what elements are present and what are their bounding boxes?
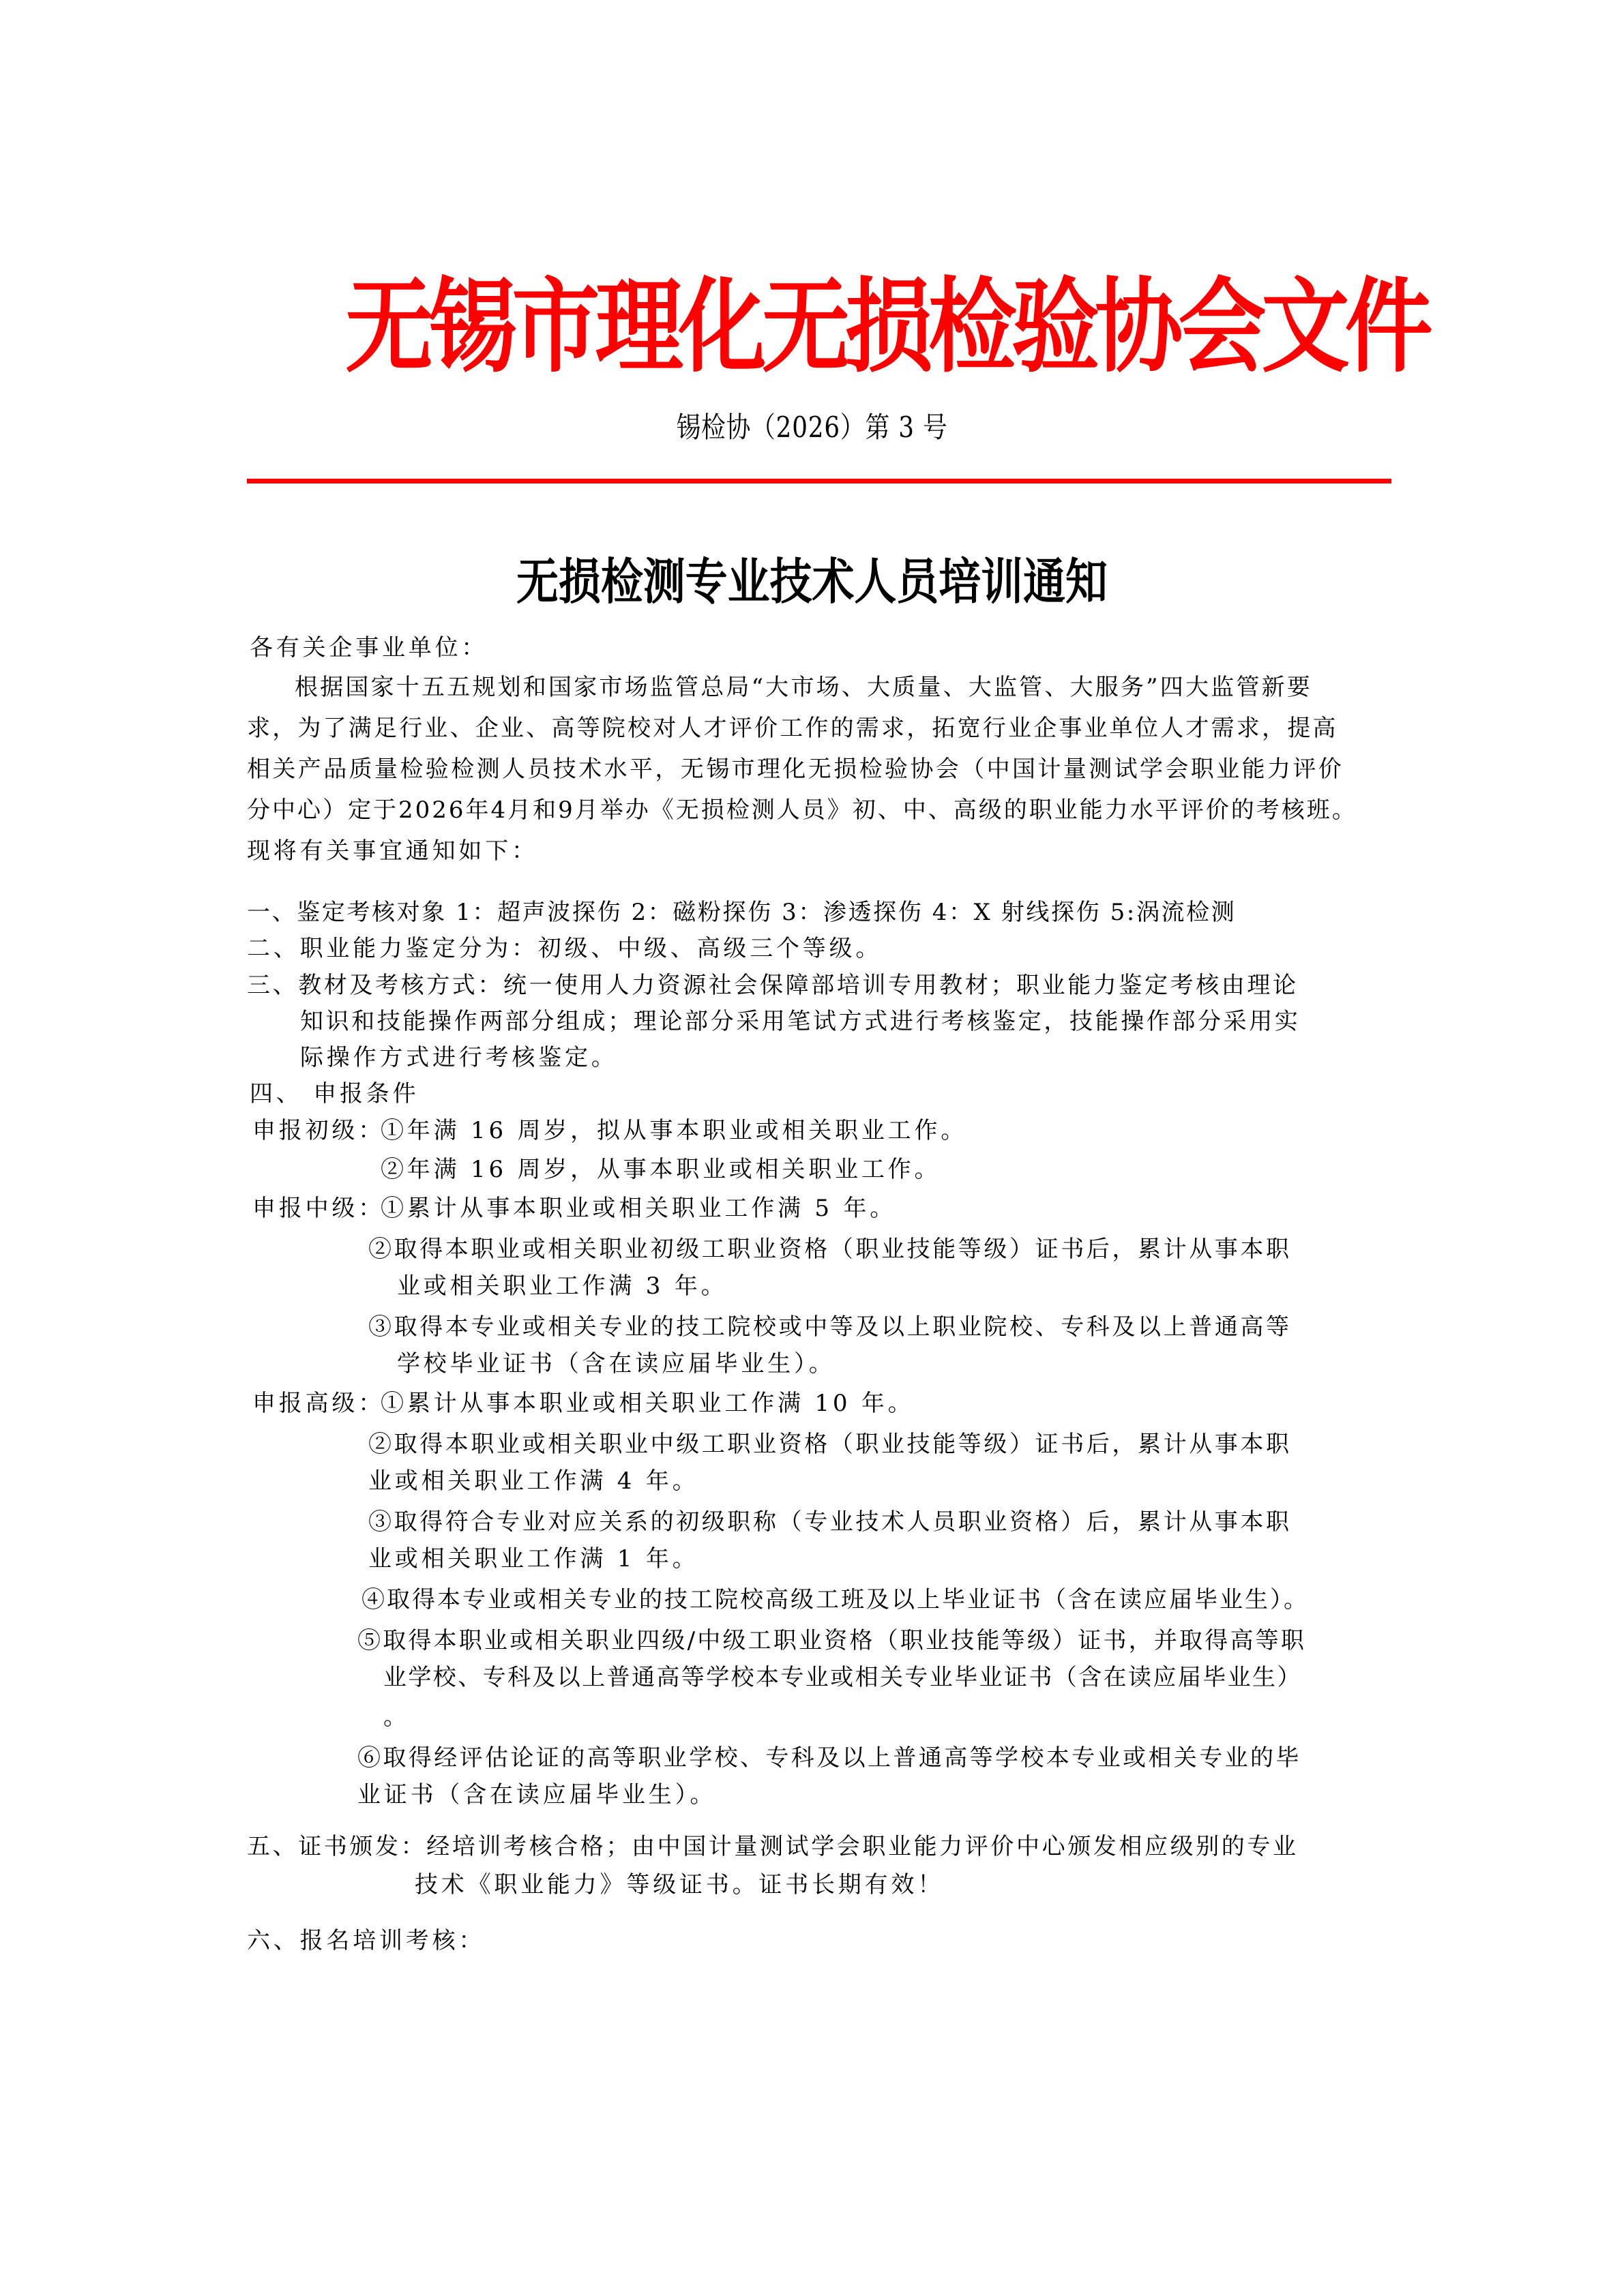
senior-item-3-line-1: ③取得符合专业对应关系的初级职称（专业技术人员职业资格）后，累计从事本职	[368, 1503, 1292, 1536]
senior-label: 申报高级：	[252, 1384, 385, 1418]
senior-item-2-line-1: ②取得本职业或相关职业中级工职业资格（职业技能等级）证书后，累计从事本职	[368, 1425, 1292, 1459]
senior-item-5-line-3: 。	[383, 1698, 410, 1731]
junior-item-2: ②年满 16 周岁，从事本职业或相关职业工作。	[381, 1150, 941, 1184]
intro-line-3: 相关产品质量检验检测人员技术水平，无锡市理化无损检验协会（中国计量测试学会职业能…	[247, 750, 1344, 784]
section-four-heading: 四、 申报条件	[250, 1075, 419, 1108]
senior-item-4: ④取得本专业或相关专业的技工院校高级工班及以上毕业证书（含在读应届毕业生）。	[361, 1581, 1309, 1614]
senior-item-5-line-1: ⑤取得本职业或相关职业四级/中级工职业资格（职业技能等级）证书，并取得高等职	[357, 1622, 1306, 1655]
intro-line-4: 分中心）定于2026年4月和9月举办《无损检测人员》初、中、高级的职业能力水平评…	[247, 791, 1357, 824]
section-five-line-1: 五、证书颁发：经培训考核合格；由中国计量测试学会职业能力评价中心颁发相应级别的专…	[247, 1828, 1299, 1861]
salutation: 各有关企事业单位：	[250, 629, 488, 662]
intermediate-label: 申报中级：	[252, 1189, 385, 1223]
senior-item-1: ①累计从事本职业或相关职业工作满 10 年。	[381, 1384, 914, 1418]
intro-line-2: 求，为了满足行业、企业、高等院校对人才评价工作的需求，拓宽行业企事业单位人才需求…	[247, 709, 1338, 743]
section-two: 二、职业能力鉴定分为：初级、中级、高级三个等级。	[247, 929, 882, 963]
junior-label: 申报初级：	[252, 1112, 385, 1145]
senior-item-5-line-2: 业学校、专科及以上普通高等学校本专业或相关专业毕业证书（含在读应届毕业生）	[383, 1658, 1302, 1692]
section-three-line-1: 三、教材及考核方式：统一使用人力资源社会保障部培训专用教材；职业能力鉴定考核由理…	[247, 966, 1299, 1000]
section-five-line-2: 技术《职业能力》等级证书。证书长期有效！	[415, 1866, 944, 1899]
intro-line-1: 根据国家十五五规划和国家市场监管总局“大市场、大质量、大监管、大服务”四大监管新…	[295, 668, 1312, 702]
intermediate-item-3-line-2: 学校毕业证书（含在读应届毕业生）。	[397, 1345, 836, 1378]
intermediate-item-2-line-2: 业或相关职业工作满 3 年。	[397, 1267, 727, 1300]
section-one: 一、鉴定考核对象 1：超声波探伤 2：磁粉探伤 3：渗透探伤 4：X 射线探伤 …	[247, 893, 1236, 927]
senior-item-6-line-2: 业证书（含在读应届毕业生）。	[357, 1776, 716, 1809]
intermediate-item-3-line-1: ③取得本专业或相关专业的技工院校或中等及以上职业院校、专科及以上普通高等	[368, 1308, 1292, 1341]
document-page: 无锡市理化无损检验协会文件 锡检协（2026）第 3 号 无损检测专业技术人员培…	[0, 0, 1624, 2296]
notice-title: 无损检测专业技术人员培训通知	[114, 551, 1511, 612]
section-three-line-2: 知识和技能操作两部分组成；理论部分采用笔试方式进行考核鉴定，技能操作部分采用实	[300, 1002, 1300, 1036]
document-number: 锡检协（2026）第 3 号	[122, 409, 1503, 446]
section-three-line-3: 际操作方式进行考核鉴定。	[300, 1039, 618, 1072]
intermediate-item-1: ①累计从事本职业或相关职业工作满 5 年。	[381, 1189, 896, 1223]
red-divider	[247, 479, 1391, 483]
senior-item-2-line-2: 业或相关职业工作满 4 年。	[368, 1462, 698, 1495]
senior-item-6-line-1: ⑥取得经评估论证的高等职业学校、专科及以上普通高等学校本专业或相关专业的毕	[357, 1739, 1301, 1772]
intro-line-5: 现将有关事宜通知如下：	[247, 832, 538, 865]
senior-item-3-line-2: 业或相关职业工作满 1 年。	[368, 1540, 698, 1573]
masthead-title: 无锡市理化无损检验协会文件	[345, 263, 1319, 392]
junior-item-1: ①年满 16 周岁，拟从事本职业或相关职业工作。	[381, 1112, 967, 1145]
section-six-heading: 六、报名培训考核：	[247, 1922, 485, 1955]
intermediate-item-2-line-1: ②取得本职业或相关职业初级工职业资格（职业技能等级）证书后，累计从事本职	[368, 1230, 1292, 1264]
